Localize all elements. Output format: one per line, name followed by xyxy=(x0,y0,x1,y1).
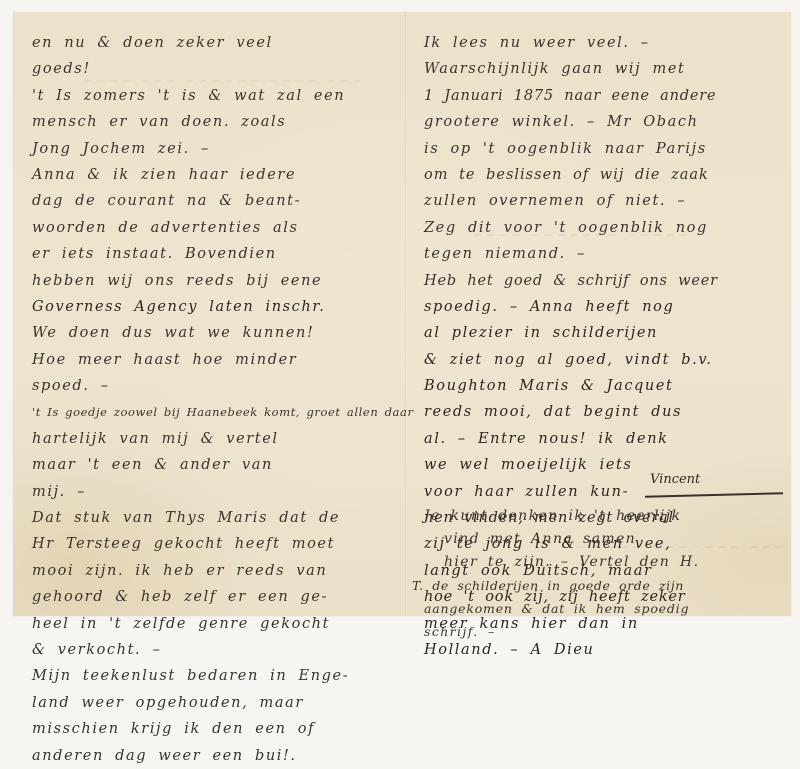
text-line: hartelijk van mij & vertel xyxy=(32,426,394,452)
text-line: Waarschijnlijk gaan wij met xyxy=(424,56,774,82)
text-line: hebben wij ons reeds bij eene xyxy=(32,268,394,294)
postscript-text: Je kunt denken ik 't heerlijk vind met A… xyxy=(424,505,784,640)
text-line: grootere winkel. – Mr Obach xyxy=(424,109,774,135)
text-line: Je kunt denken ik 't heerlijk xyxy=(424,505,784,528)
text-line: maar 't een & ander van xyxy=(32,452,394,478)
text-line: Hoe meer haast hoe minder xyxy=(32,347,394,373)
text-line: schrijf. – xyxy=(424,620,784,640)
text-line: Zeg dit voor 't oogenblik nog xyxy=(424,215,774,241)
text-line: om te beslissen of wij die zaak xyxy=(424,162,774,188)
text-line: hier te zijn. – Vertel den H. xyxy=(424,551,784,574)
text-line: 1 Januari 1875 naar eene andere xyxy=(424,83,774,109)
text-line: Jong Jochem zei. – xyxy=(32,136,394,162)
text-line: mij. – xyxy=(32,479,394,505)
text-line: reeds mooi, dat begint dus xyxy=(424,399,774,425)
text-line: Ik lees nu weer veel. – xyxy=(424,30,774,56)
signature: Vincent xyxy=(650,472,700,487)
left-column-text: en nu & doen zeker veel goeds! 't Is zom… xyxy=(32,30,394,640)
text-line: spoedig. – Anna heeft nog xyxy=(424,294,774,320)
text-line: Governess Agency laten inschr. xyxy=(32,294,394,320)
text-line: Boughton Maris & Jacquet xyxy=(424,373,774,399)
text-line: aangekomen & dat ik hem spoedig xyxy=(424,597,784,620)
text-line: tegen niemand. – xyxy=(424,241,774,267)
text-line: is op 't oogenblik naar Parijs xyxy=(424,136,774,162)
text-line: We doen dus wat we kunnen! xyxy=(32,320,394,346)
text-line: er iets instaat. Bovendien xyxy=(32,241,394,267)
text-line: we wel moeijelijk iets xyxy=(424,452,774,478)
text-line: mensch er van doen. zoals xyxy=(32,109,394,135)
text-line: en nu & doen zeker veel xyxy=(32,30,394,56)
text-line: spoed. – xyxy=(32,373,394,399)
text-line: mooi zijn. ik heb er reeds van xyxy=(32,558,394,584)
text-line: Hr Tersteeg gekocht heeft moet xyxy=(32,531,394,557)
text-line: vind met Anna samen xyxy=(424,528,784,551)
text-line: & ziet nog al goed, vindt b.v. xyxy=(424,347,774,373)
text-line: al. – Entre nous! ik denk xyxy=(424,426,774,452)
center-fold xyxy=(405,12,406,616)
text-line: 't Is goedje zoowel bij Haanebeek komt, … xyxy=(32,399,394,425)
text-line: al plezier in schilderijen xyxy=(424,320,774,346)
text-line: gehoord & heb zelf er een ge- xyxy=(32,584,394,610)
page-frame: ~~~ ~~~~ ~~~~~~ ~~~ ~~~~ ~~~~~ ~~~~~~~ ~… xyxy=(0,0,800,640)
text-line: zullen overnemen of niet. – xyxy=(424,188,774,214)
text-line: voor haar zullen kun- xyxy=(424,479,774,505)
text-line: 't Is zomers 't is & wat zal een xyxy=(32,83,394,109)
text-line: Heb het goed & schrijf ons weer xyxy=(424,268,774,294)
text-line: heel in 't zelfde genre gekocht xyxy=(32,611,394,637)
text-line: Anna & ik zien haar iedere xyxy=(32,162,394,188)
text-line: Dat stuk van Thys Maris dat de xyxy=(32,505,394,531)
text-line: goeds! xyxy=(32,56,394,82)
text-line: dag de courant na & beant- xyxy=(32,188,394,214)
text-line: woorden de advertenties als xyxy=(32,215,394,241)
text-line: T. de schilderijen in goede orde zijn xyxy=(412,574,784,597)
